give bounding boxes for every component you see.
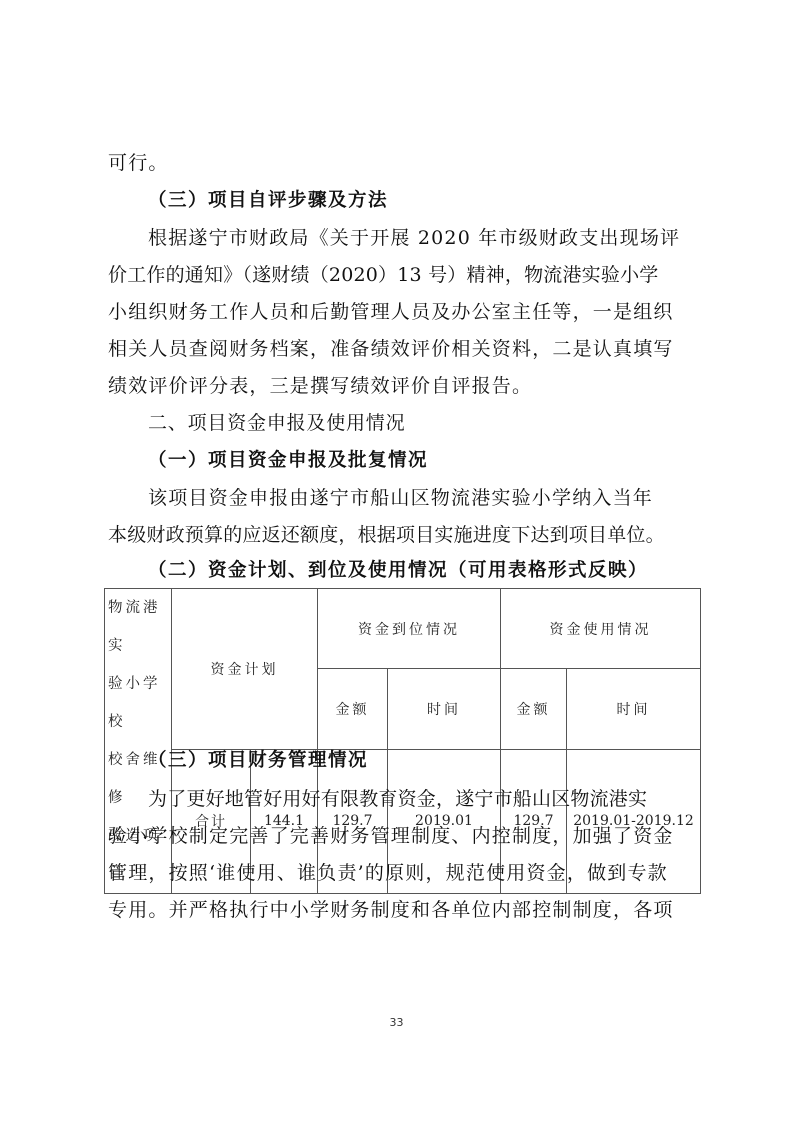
page-number: 33 xyxy=(0,1016,793,1029)
body-text-line: 管理，按照‘谁使用、谁负责’的原则，规范使用资金，做到专款 xyxy=(108,860,708,886)
arrival-header: 资金到位情况 xyxy=(318,589,501,669)
body-text-line: 绩效评价评分表，三是撰写绩效评价自评报告。 xyxy=(108,373,708,399)
section-heading: （三）项目财务管理情况 xyxy=(148,748,748,774)
body-text-line: 根据遂宁市财政局《关于开展 2020 年市级财政支出现场评 xyxy=(148,225,748,251)
usage-amount-header: 金额 xyxy=(501,669,567,749)
usage-header: 资金使用情况 xyxy=(501,589,701,669)
project-name-line: 验小学校 xyxy=(108,665,171,741)
usage-time-header: 时间 xyxy=(567,669,701,749)
arrival-amount-header: 金额 xyxy=(318,669,388,749)
project-name-line: 物流港实 xyxy=(108,589,171,665)
plan-header: 资金计划 xyxy=(172,589,318,750)
body-text-line: 本级财政预算的应返还额度，根据项目实施进度下达到项目单位。 xyxy=(108,522,708,548)
body-text-line: 价工作的通知》（遂财绩（2020）13 号）精神，物流港实验小学 xyxy=(108,262,708,288)
body-text-line: 为了更好地管好用好有限教育资金，遂宁市船山区物流港实 xyxy=(148,786,748,812)
body-text-line: 专用。并严格执行中小学财务制度和各单位内部控制制度，各项 xyxy=(108,897,708,923)
body-text-line: 该项目资金申报由遂宁市船山区物流港实验小学纳入当年 xyxy=(148,485,748,511)
chapter-heading: 二、项目资金申报及使用情况 xyxy=(148,410,748,436)
section-heading: （二）资金计划、到位及使用情况（可用表格形式反映） xyxy=(148,558,748,584)
body-text-line: 验小学校制定完善了完善财务管理制度、内控制度，加强了资金 xyxy=(108,823,708,849)
body-text-line: 可行。 xyxy=(108,150,708,176)
section-heading: （三）项目自评步骤及方法 xyxy=(148,188,748,214)
arrival-time-header: 时间 xyxy=(388,669,501,749)
body-text-line: 相关人员查阅财务档案，准备绩效评价相关资料，二是认真填写 xyxy=(108,336,708,362)
body-text-line: 小组织财务工作人员和后勤管理人员及办公室主任等，一是组织 xyxy=(108,299,708,325)
section-heading: （一）项目资金申报及批复情况 xyxy=(148,448,748,474)
